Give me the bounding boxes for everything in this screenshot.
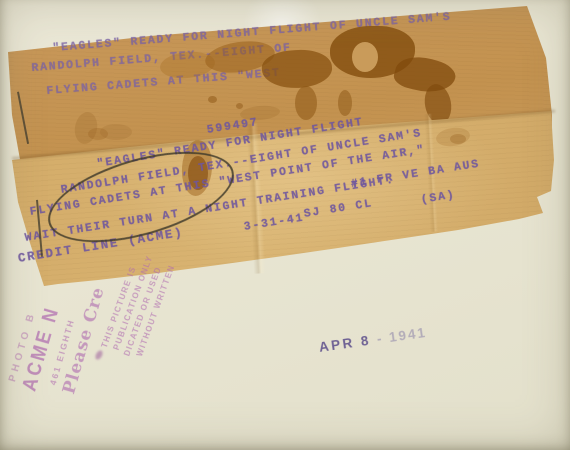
glue-stain xyxy=(208,96,217,103)
glue-stain xyxy=(236,103,243,109)
glue-stain xyxy=(88,128,108,140)
glue-stain xyxy=(338,90,352,116)
photo-verso: "EAGLES" READY FOR NIGHT FLIGHT OF UNCLE… xyxy=(0,0,570,450)
glue-stain xyxy=(450,134,466,144)
stamp-ink-smudge xyxy=(94,349,104,361)
glue-stain xyxy=(352,42,378,72)
date-received-stamp: APR 8 - 1941 xyxy=(318,325,428,355)
acme-agency-stamp: PHOTO B ACME N 461 EIGHTH Please Cre xyxy=(6,270,109,404)
date-stamp-year: - 1941 xyxy=(376,325,428,347)
date-stamp-month-day: APR 8 xyxy=(318,333,372,355)
glue-stain xyxy=(295,86,317,120)
